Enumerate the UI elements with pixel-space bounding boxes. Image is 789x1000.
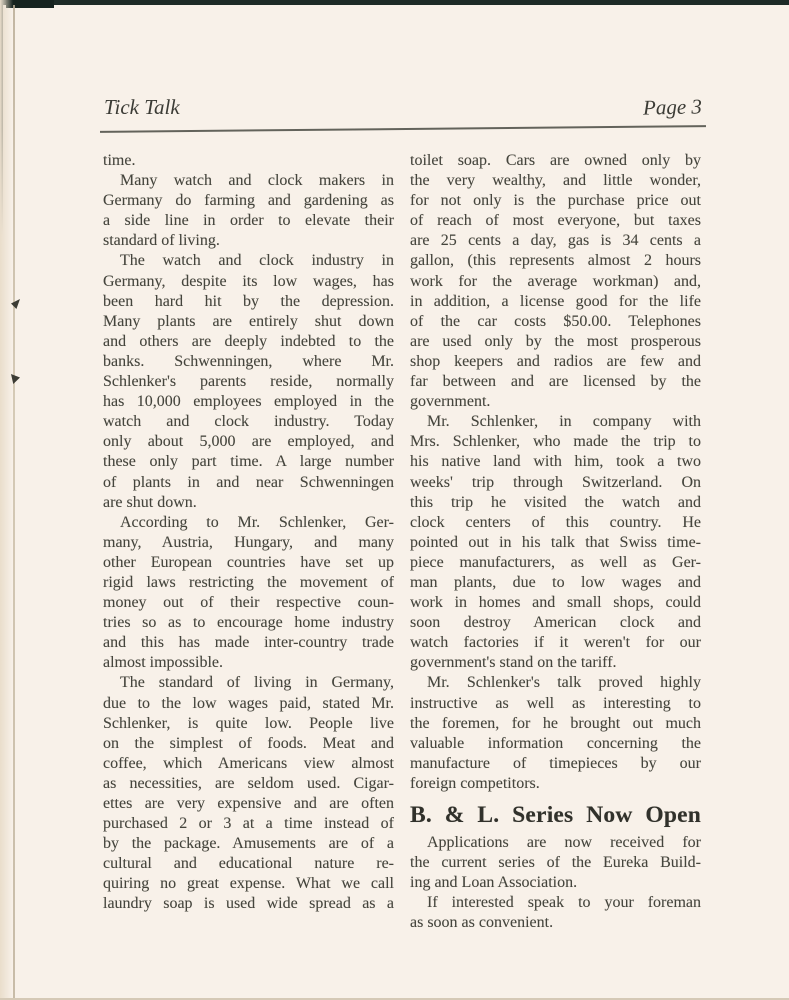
text-line: work in homes and small shops, could [410, 593, 701, 613]
paragraph: Many watch and clock makers inGermany do… [103, 171, 394, 251]
text-line: coffee, which Americans view almost [103, 754, 394, 774]
text-line: Schlenker, is quite low. People live [103, 714, 394, 734]
text-line: by the package. Amusements are of a [103, 834, 394, 854]
text-line: the very wealthy, and little wonder, [410, 171, 701, 191]
text-line: gallon, (this represents almost 2 hours [410, 251, 701, 271]
text-line: soon destroy American clock and [410, 613, 701, 633]
text-line: ettes are very expensive and are often [103, 794, 394, 814]
text-line: piece manufacturers, as well as Ger- [410, 553, 701, 573]
text-line: Mr. Schlenker's talk proved highly [410, 673, 701, 693]
text-line: time. [103, 151, 394, 171]
text-line: these only part time. A large number [103, 452, 394, 472]
text-line: for not only is the purchase price out [410, 191, 701, 211]
text-line: purchased 2 or 3 at a time instead of [103, 814, 394, 834]
paragraph: toilet soap. Cars are owned only bythe v… [410, 151, 701, 412]
text-line: the current series of the Eureka Build- [410, 853, 701, 873]
page-number: Page 3 [643, 94, 702, 120]
binding-fold-line [13, 5, 15, 1000]
two-column-body: time.Many watch and clock makers inGerma… [103, 151, 701, 933]
text-line: and this has made inter-country trade [103, 633, 394, 653]
header-rule [100, 125, 706, 132]
text-line: due to the low wages paid, stated Mr. [103, 694, 394, 714]
text-line: rigid laws restricting the movement of [103, 573, 394, 593]
text-line: The watch and clock industry in [103, 251, 394, 271]
text-line: manufacture of timepieces by our [410, 754, 701, 774]
text-line: pointed out in his talk that Swiss time- [410, 533, 701, 553]
text-line: toilet soap. Cars are owned only by [410, 151, 701, 171]
text-line: watch factories if it weren't for our [410, 633, 701, 653]
text-line: almost impossible. [103, 653, 394, 673]
right-column: toilet soap. Cars are owned only bythe v… [410, 151, 701, 933]
text-line: money out of their respective coun- [103, 593, 394, 613]
text-line: Many plants are entirely shut down [103, 312, 394, 332]
text-line: only about 5,000 are employed, and [103, 432, 394, 452]
text-line: tries so as to encourage home industry [103, 613, 394, 633]
text-line: The standard of living in Germany, [103, 673, 394, 693]
scanned-newsletter-page: Tick Talk Page 3 time.Many watch and clo… [0, 0, 789, 1000]
text-line: Mr. Schlenker, in company with [410, 412, 701, 432]
text-line: foreign competitors. [410, 774, 701, 794]
text-line: Mrs. Schlenker, who made the trip to [410, 432, 701, 452]
paragraph: If interested speak to your foremanas so… [410, 893, 701, 933]
text-line: work for the average workman) and, [410, 272, 701, 292]
text-line: Schlenker's parents reside, normally [103, 372, 394, 392]
text-line: the foremen, for he brought out much [410, 714, 701, 734]
text-line: his native land with him, took a two [410, 452, 701, 472]
text-line: of the car costs $50.00. Telephones [410, 312, 701, 332]
paragraph: Mr. Schlenker, in company withMrs. Schle… [410, 412, 701, 673]
text-line: government's stand on the tariff. [410, 653, 701, 673]
paragraph: Mr. Schlenker's talk proved highlyinstru… [410, 673, 701, 794]
text-line: If interested speak to your foreman [410, 893, 701, 913]
text-line: Applications are now received for [410, 833, 701, 853]
paragraph: The watch and clock industry inGermany, … [103, 251, 394, 512]
page-top-edge [0, 0, 789, 5]
text-line: valuable information concerning the [410, 734, 701, 754]
paragraph: The standard of living in Germany,due to… [103, 673, 394, 914]
text-line: are 25 cents a day, gas is 34 cents a [410, 231, 701, 251]
text-line: government. [410, 392, 701, 412]
text-line: this trip he visited the watch and [410, 493, 701, 513]
text-line: Many watch and clock makers in [103, 171, 394, 191]
text-line: a side line in order to elevate their [103, 211, 394, 231]
text-line: watch and clock industry. Today [103, 412, 394, 432]
section-heading: B. & L. Series Now Open [410, 802, 701, 829]
text-line: clock centers of this country. He [410, 513, 701, 533]
text-line: been hard hit by the depression. [103, 292, 394, 312]
text-line: standard of living. [103, 231, 394, 251]
text-line: far between and are licensed by the [410, 372, 701, 392]
text-line: other European countries have set up [103, 553, 394, 573]
text-line: weeks' trip through Switzerland. On [410, 473, 701, 493]
text-line: in addition, a license good for the life [410, 292, 701, 312]
text-line: Germany do farming and gardening as [103, 191, 394, 211]
text-line: man plants, due to low wages and [410, 573, 701, 593]
paragraph: According to Mr. Schlenker, Ger-many, Au… [103, 513, 394, 674]
left-column: time.Many watch and clock makers inGerma… [103, 151, 394, 933]
text-line: as soon as convenient. [410, 913, 701, 933]
text-line: are used only by the most prosperous [410, 332, 701, 352]
paragraph: Applications are now received forthe cur… [410, 833, 701, 893]
text-line: ing and Loan Association. [410, 873, 701, 893]
text-line: of reach of most everyone, but taxes [410, 211, 701, 231]
text-line: of plants in and near Schwenningen [103, 473, 394, 493]
text-line: shop keepers and radios are few and [410, 352, 701, 372]
text-line: cultural and educational nature re- [103, 854, 394, 874]
text-line: B. & L. Series Now Open [410, 802, 701, 829]
text-line: as necessities, are seldom used. Cigar- [103, 774, 394, 794]
text-line: laundry soap is used wide spread as a [103, 894, 394, 914]
newsletter-title: Tick Talk [104, 95, 180, 120]
text-line: on the simplest of foods. Meat and [103, 734, 394, 754]
text-line: many, Austria, Hungary, and many [103, 533, 394, 553]
paragraph: time. [103, 151, 394, 171]
text-line: Germany, despite its low wages, has [103, 272, 394, 292]
binding-gutter-shade [0, 0, 13, 1000]
page-header: Tick Talk Page 3 [104, 95, 702, 120]
text-line: banks. Schwenningen, where Mr. [103, 352, 394, 372]
text-line: instructive as well as interesting to [410, 694, 701, 714]
text-line: According to Mr. Schlenker, Ger- [103, 513, 394, 533]
text-line: are shut down. [103, 493, 394, 513]
text-line: and others are deeply indebted to the [103, 332, 394, 352]
text-line: has 10,000 employees employed in the [103, 392, 394, 412]
text-line: quiring no great expense. What we call [103, 874, 394, 894]
